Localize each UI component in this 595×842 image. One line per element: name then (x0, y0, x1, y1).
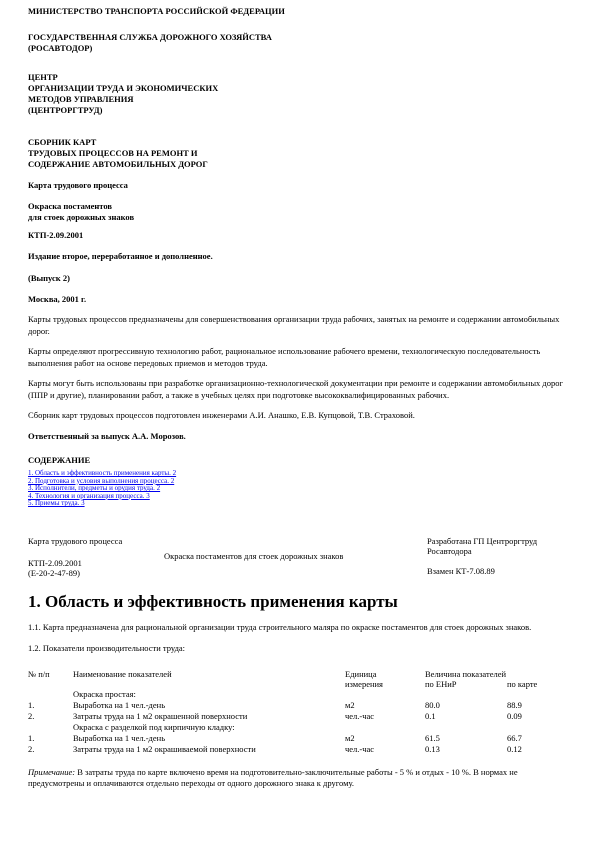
collection-line-2: ТРУДОВЫХ ПРОЦЕССОВ НА РЕМОНТ И (28, 148, 575, 159)
table-row-num: 1. (28, 733, 73, 744)
table-row-enir: 80.0 (425, 700, 507, 711)
card-type-label: Карта трудового процесса (28, 180, 575, 191)
table-row-enir: 0.13 (425, 744, 507, 755)
table-header-card: по карте (507, 679, 575, 689)
table-header-unit-line-1: Единица (345, 669, 425, 679)
table-row-enir: 0.1 (425, 711, 507, 722)
section-1-paragraph-1-2: 1.2. Показатели производительности труда… (28, 643, 575, 655)
table-row-unit: м2 (345, 733, 425, 744)
card-number: КТП-2.09.2001 (28, 230, 575, 241)
section-1-paragraph-1-1: 1.1. Карта предназначена для рационально… (28, 622, 575, 634)
gov-service-line-2: (РОСАВТОДОР) (28, 43, 575, 54)
table-row-enir: 61.5 (425, 733, 507, 744)
table-row-card: 0.09 (507, 711, 575, 722)
table-header-value: Величина показателей (425, 669, 575, 679)
gov-service-line-1: ГОСУДАРСТВЕННАЯ СЛУЖБА ДОРОЖНОГО ХОЗЯЙСТ… (28, 32, 575, 43)
intro-paragraph-1: Карты трудовых процессов предназначены д… (28, 314, 575, 337)
issue-line: (Выпуск 2) (28, 273, 575, 284)
collection-line-3: СОДЕРЖАНИЕ АВТОМОБИЛЬНЫХ ДОРОГ (28, 159, 575, 170)
card-header-strip: Карта трудового процесса КТП-2.09.2001 (… (28, 536, 575, 578)
note-paragraph: Примечание: В затраты труда по карте вкл… (28, 767, 575, 790)
table-row-card: 66.7 (507, 733, 575, 744)
center-line-3: МЕТОДОВ УПРАВЛЕНИЯ (28, 94, 575, 105)
title-block: МИНИСТЕРСТВО ТРАНСПОРТА РОССИЙСКОЙ ФЕДЕР… (28, 6, 575, 305)
center-line-4: (ЦЕНТРОРГТРУД) (28, 105, 575, 116)
center-line-1: ЦЕНТР (28, 72, 575, 83)
document-page: МИНИСТЕРСТВО ТРАНСПОРТА РОССИЙСКОЙ ФЕДЕР… (0, 0, 595, 842)
table-header-enir: по ЕНиР (425, 679, 507, 689)
card-subject-line-1: Окраска постаментов (28, 201, 575, 212)
card-header-right: Разработана ГП Центроргтруд Росавтодора … (427, 536, 575, 578)
card-header-center: Окраска постаментов для стоек дорожных з… (156, 536, 427, 578)
card-header-subject: Окраска постаментов для стоек дорожных з… (164, 551, 343, 562)
ministry-line: МИНИСТЕРСТВО ТРАНСПОРТА РОССИЙСКОЙ ФЕДЕР… (28, 6, 575, 17)
table-header-unit: Единица измерения (345, 669, 425, 689)
section-1: 1. Область и эффективность применения ка… (28, 592, 575, 655)
table-row-num: 1. (28, 700, 73, 711)
note-label: Примечание: (28, 767, 75, 777)
card-header-code: КТП-2.09.2001 (28, 558, 156, 568)
note-text: В затраты труда по карте включено время … (28, 767, 518, 789)
table-header-unit-line-2: измерения (345, 679, 425, 689)
table-row-name: Выработка на 1 чел.-день (73, 733, 345, 744)
table-row-card: 88.9 (507, 700, 575, 711)
table-row-unit: чел.-час (345, 744, 425, 755)
indicators-table: № п/п Наименование показателей Единица и… (28, 669, 575, 755)
city-year-line: Москва, 2001 г. (28, 294, 575, 305)
intro-paragraphs: Карты трудовых процессов предназначены д… (28, 314, 575, 442)
card-subject-line-2: для стоек дорожных знаков (28, 212, 575, 223)
intro-paragraph-2: Карты определяют прогрессивную технологи… (28, 346, 575, 369)
collection-line-1: СБОРНИК КАРТ (28, 137, 575, 148)
center-line-2: ОРГАНИЗАЦИИ ТРУДА И ЭКОНОМИЧЕСКИХ (28, 83, 575, 94)
card-header-code-2: (Е-20-2-47-89) (28, 568, 156, 578)
table-row-name: Затраты труда на 1 м2 окрашенной поверхн… (73, 711, 345, 722)
intro-paragraph-3: Карты могут быть использованы при разраб… (28, 378, 575, 401)
card-header-left: Карта трудового процесса КТП-2.09.2001 (… (28, 536, 156, 578)
table-header-num: № п/п (28, 669, 73, 689)
table-row-unit: м2 (345, 700, 425, 711)
table-row-num: 2. (28, 744, 73, 755)
table-row-num: 2. (28, 711, 73, 722)
table-subheader: Окраска с разделкой под кирпичную кладку… (73, 722, 575, 733)
table-row-name: Затраты труда на 1 м2 окрашиваемой повер… (73, 744, 345, 755)
toc-link-5[interactable]: 5. Приемы труда. 3 (28, 500, 575, 508)
intro-paragraph-responsible: Ответственный за выпуск А.А. Морозов. (28, 431, 575, 443)
toc-title: СОДЕРЖАНИЕ (28, 455, 575, 466)
table-subheader: Окраска простая: (73, 689, 575, 700)
card-header-developed-1: Разработана ГП Центроргтруд (427, 536, 575, 546)
table-row-card: 0.12 (507, 744, 575, 755)
table-header-name: Наименование показателей (73, 669, 345, 689)
intro-paragraph-authors: Сборник карт трудовых процессов подготов… (28, 410, 575, 422)
table-row-unit: чел.-час (345, 711, 425, 722)
table-row-name: Выработка на 1 чел.-день (73, 700, 345, 711)
toc-link-4[interactable]: 4. Технология и организация процесса. 3 (28, 493, 575, 501)
card-header-developed-2: Росавтодора (427, 546, 575, 556)
card-header-replaces: Взамен КТ-7.08.89 (427, 566, 575, 577)
card-header-type: Карта трудового процесса (28, 536, 156, 547)
edition-line: Издание второе, переработанное и дополне… (28, 251, 575, 262)
toc-list: 1. Область и эффективность применения ка… (28, 470, 575, 508)
section-1-heading: 1. Область и эффективность применения ка… (28, 592, 575, 612)
